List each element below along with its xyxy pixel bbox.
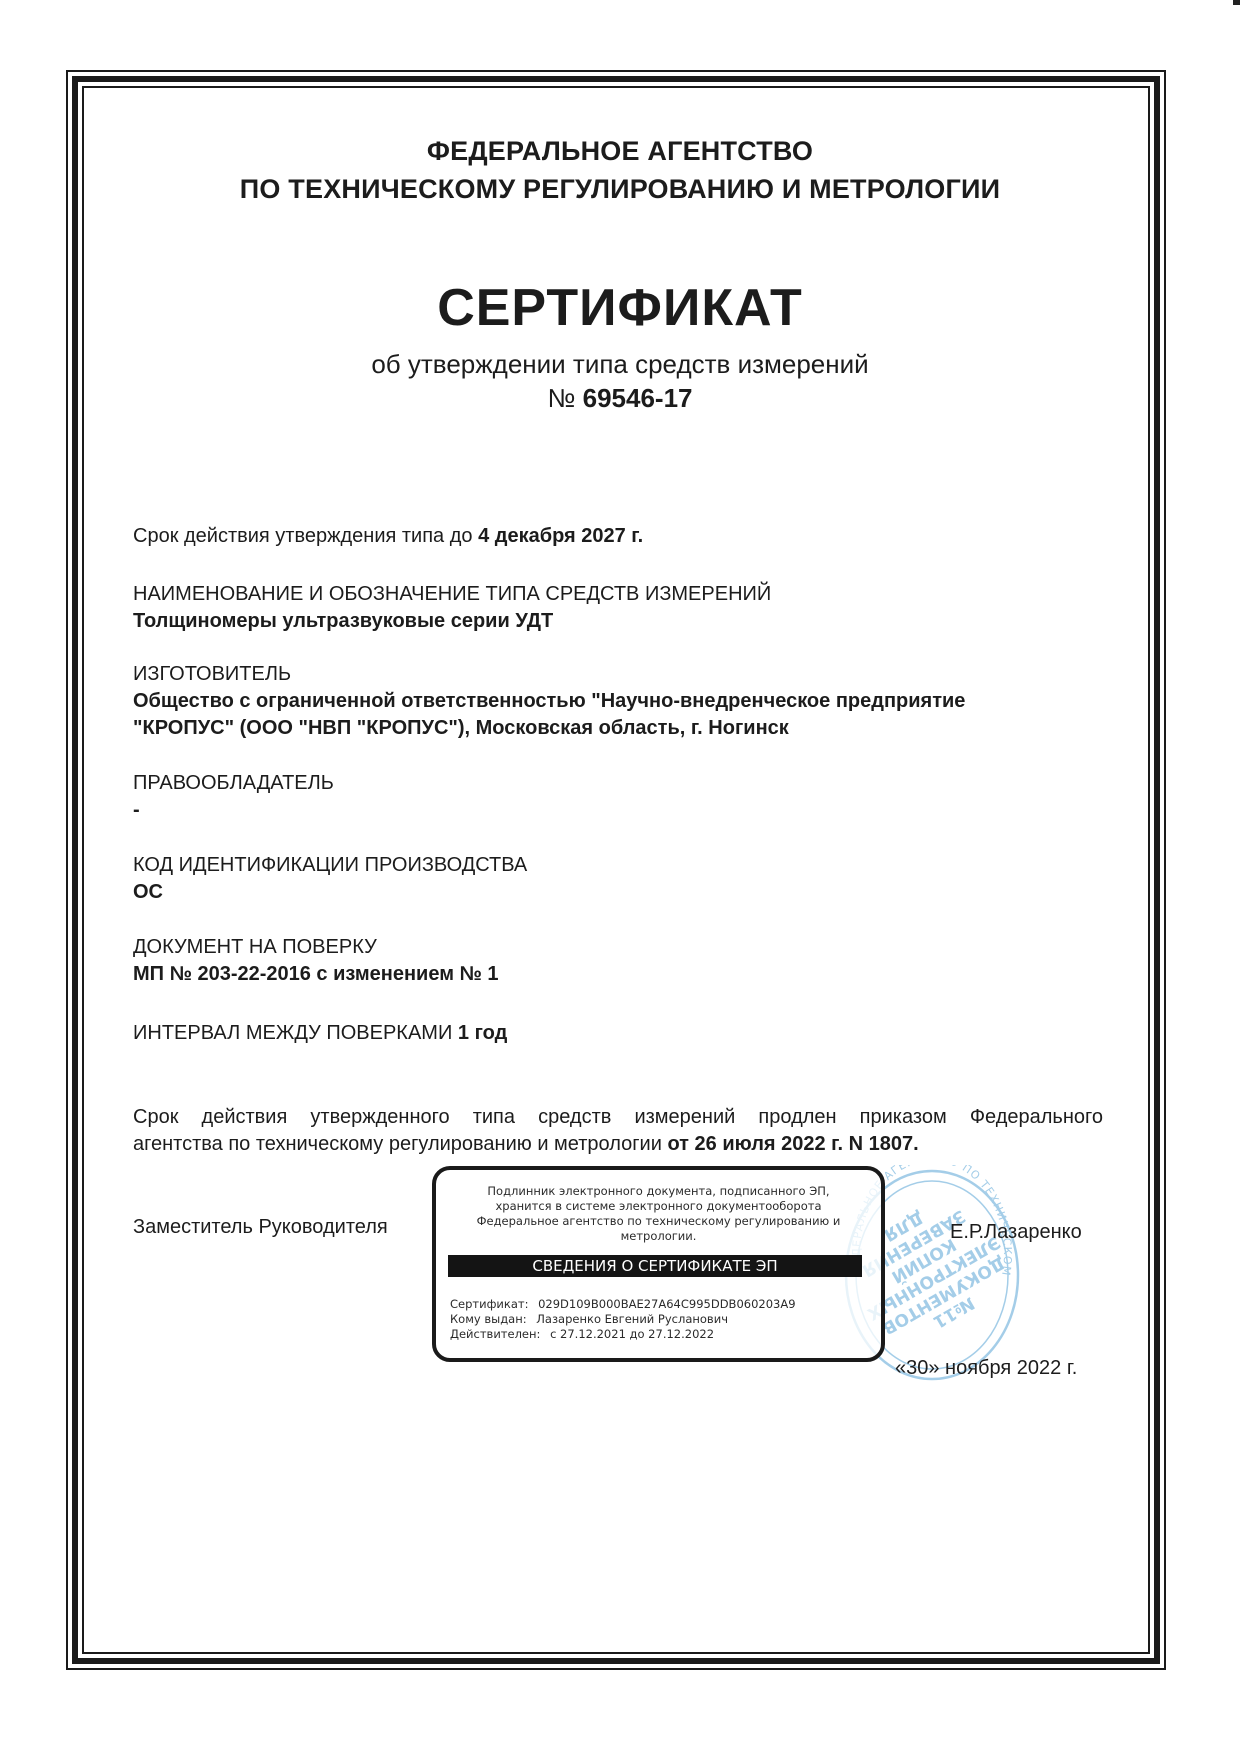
esig-valid-value: с 27.12.2021 до 27.12.2022	[550, 1327, 714, 1341]
certificate-number: № 69546-17	[0, 381, 1240, 415]
esig-certificate-label: Сертификат:	[450, 1297, 528, 1311]
esig-certificate-row: Сертификат: 029D109B000BAE27A64C995DDB06…	[450, 1297, 796, 1312]
esig-band-title: СВЕДЕНИЯ О СЕРТИФИКАТЕ ЭП	[448, 1255, 862, 1277]
section-verification-document: ДОКУМЕНТ НА ПОВЕРКУ МП № 203-22-2016 с и…	[133, 934, 1103, 988]
section-instrument-name: НАИМЕНОВАНИЕ И ОБОЗНАЧЕНИЕ ТИПА СРЕДСТВ …	[133, 581, 1103, 635]
esig-details: Сертификат: 029D109B000BAE27A64C995DDB06…	[450, 1297, 796, 1342]
esig-note-line-3: Федеральное агентство по техническому ре…	[436, 1214, 881, 1229]
esig-issued-to-label: Кому выдан:	[450, 1312, 527, 1326]
scan-artifact	[1233, 0, 1240, 5]
production-code-value: ОС	[133, 879, 1103, 906]
extension-text-line-1: Срок действия утвержденного типа средств…	[133, 1104, 1103, 1131]
section-verification-interval: ИНТЕРВАЛ МЕЖДУ ПОВЕРКАМИ 1 год	[133, 1020, 1103, 1047]
extension-order-reference: от 26 июля 2022 г. N 1807.	[667, 1133, 918, 1155]
verification-document-label: ДОКУМЕНТ НА ПОВЕРКУ	[133, 934, 1103, 961]
instrument-name-value: Толщиномеры ультразвуковые серии УДТ	[133, 608, 1103, 635]
manufacturer-label: ИЗГОТОВИТЕЛЬ	[133, 661, 1103, 688]
section-rights-holder: ПРАВООБЛАДАТЕЛЬ -	[133, 770, 1103, 824]
signer-name: Е.Р.Лазаренко	[950, 1219, 1082, 1245]
section-production-code: КОД ИДЕНТИФИКАЦИИ ПРОИЗВОДСТВА ОС	[133, 852, 1103, 906]
esig-note-line-4: метрологии.	[436, 1229, 881, 1244]
esig-issued-to-row: Кому выдан: Лазаренко Евгений Русланович	[450, 1312, 796, 1327]
esig-note-line-1: Подлинник электронного документа, подпис…	[436, 1184, 881, 1199]
electronic-signature-box: Подлинник электронного документа, подпис…	[432, 1166, 885, 1362]
validity-label: Срок действия утверждения типа до	[133, 525, 473, 547]
validity-value: 4 декабря 2027 г.	[478, 525, 643, 547]
esig-valid-row: Действителен: с 27.12.2021 до 27.12.2022	[450, 1327, 796, 1342]
extension-text-line-2: агентства по техническому регулированию …	[133, 1133, 662, 1155]
rights-holder-label: ПРАВООБЛАДАТЕЛЬ	[133, 770, 1103, 797]
verification-interval-label: ИНТЕРВАЛ МЕЖДУ ПОВЕРКАМИ	[133, 1022, 452, 1044]
section-manufacturer: ИЗГОТОВИТЕЛЬ Общество с ограниченной отв…	[133, 661, 1103, 742]
esig-certificate-value: 029D109B000BAE27A64C995DDB060203A9	[538, 1297, 795, 1311]
manufacturer-value-line-1: Общество с ограниченной ответственностью…	[133, 688, 1103, 715]
signatory-position: Заместитель Руководителя	[133, 1214, 388, 1240]
esig-issued-to-value: Лазаренко Евгений Русланович	[536, 1312, 728, 1326]
certificate-title: СЕРТИФИКАТ	[0, 278, 1240, 338]
esig-note: Подлинник электронного документа, подпис…	[436, 1184, 881, 1244]
manufacturer-value-line-2: "КРОПУС" (ООО "НВП "КРОПУС"), Московская…	[133, 715, 1103, 742]
esig-note-line-2: хранится в системе электронного документ…	[436, 1199, 881, 1214]
instrument-name-label: НАИМЕНОВАНИЕ И ОБОЗНАЧЕНИЕ ТИПА СРЕДСТВ …	[133, 581, 1103, 608]
verification-document-value: МП № 203-22-2016 с изменением № 1	[133, 961, 1103, 988]
extension-notice: Срок действия утвержденного типа средств…	[133, 1104, 1103, 1158]
signing-date: «30» ноября 2022 г.	[895, 1355, 1077, 1381]
number-sign: №	[547, 383, 575, 413]
type-approval-validity: Срок действия утверждения типа до 4 дека…	[133, 523, 1103, 550]
agency-line-2: ПО ТЕХНИЧЕСКОМУ РЕГУЛИРОВАНИЮ И МЕТРОЛОГ…	[0, 170, 1240, 208]
agency-line-1: ФЕДЕРАЛЬНОЕ АГЕНТСТВО	[0, 132, 1240, 170]
production-code-label: КОД ИДЕНТИФИКАЦИИ ПРОИЗВОДСТВА	[133, 852, 1103, 879]
agency-heading: ФЕДЕРАЛЬНОЕ АГЕНТСТВО ПО ТЕХНИЧЕСКОМУ РЕ…	[0, 132, 1240, 208]
rights-holder-value: -	[133, 797, 1103, 824]
certificate-subtitle: об утверждении типа средств измерений	[0, 347, 1240, 381]
verification-interval-value: 1 год	[458, 1022, 507, 1044]
esig-valid-label: Действителен:	[450, 1327, 540, 1341]
certificate-number-value: 69546-17	[583, 383, 693, 413]
